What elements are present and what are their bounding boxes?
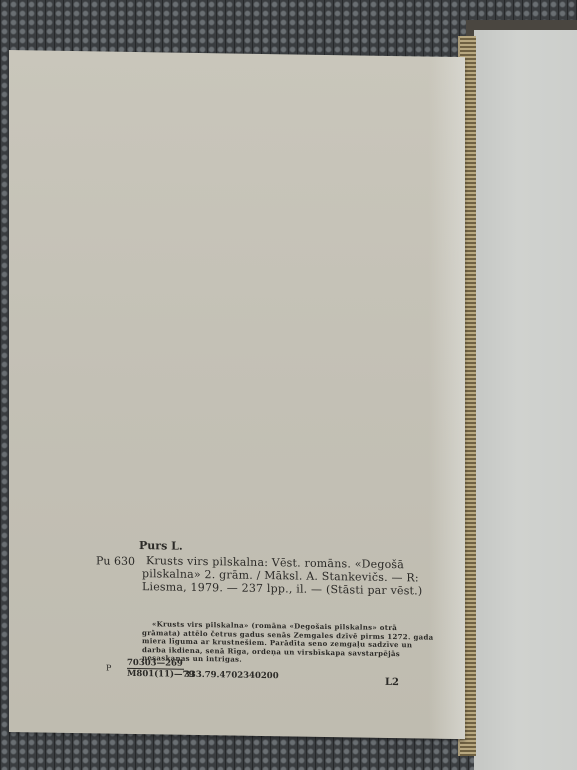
price-code: L2 bbox=[385, 677, 399, 688]
author-name: Purs L. bbox=[139, 539, 183, 553]
left-page: Purs L. Pu 630 Krusts virs pilskalna: Vē… bbox=[9, 50, 465, 739]
p-prefix: P bbox=[106, 664, 111, 673]
right-page bbox=[474, 30, 577, 770]
udc-code: 333.79.4702340200 bbox=[184, 670, 279, 681]
bibliographic-entry: Krusts virs pilskalna: Vēst. romāns. «De… bbox=[142, 554, 434, 598]
call-number: Pu 630 bbox=[96, 554, 135, 568]
fraction-numerator: 70303—269 bbox=[127, 658, 184, 670]
catalog-card: Purs L. Pu 630 Krusts virs pilskalna: Vē… bbox=[99, 538, 419, 543]
